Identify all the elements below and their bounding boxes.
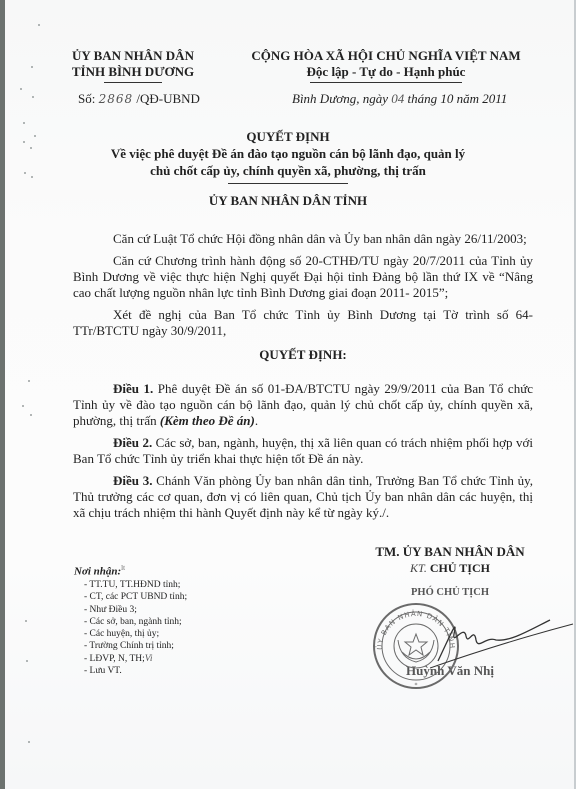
- article-1-label: Điều 1.: [113, 381, 153, 396]
- article-1-emphasis: (Kèm theo Đề án): [160, 413, 255, 428]
- recipients-label: Nơi nhận:lt: [74, 562, 187, 578]
- date-prefix: Bình Dương, ngày: [292, 91, 391, 106]
- decision-title: QUYẾT ĐỊNH Về việc phê duyệt Đề án đào t…: [60, 128, 516, 184]
- article-3: Điều 3. Chánh Văn phòng Ủy ban nhân dân …: [73, 473, 533, 521]
- article-1: Điều 1. Phê duyệt Đề án số 01-ĐA/BTCTU n…: [73, 381, 533, 429]
- date-day-handwritten: 04: [391, 91, 404, 106]
- agency-line-1: ỦY BAN NHÂN DÂN: [58, 48, 208, 64]
- recipient-item: - Các huyện, thị ủy;: [84, 628, 187, 640]
- document-body: Căn cứ Luật Tổ chức Hội đồng nhân dân và…: [73, 231, 533, 527]
- recipient-item: - TT.TU, TT.HĐND tỉnh;: [84, 579, 187, 591]
- recipient-item-text: - LĐVP, N, TH;: [84, 654, 145, 664]
- kt-title: CHỦ TỊCH: [427, 561, 490, 575]
- sign-on-behalf: TM. ỦY BAN NHÂN DÂN: [360, 544, 540, 560]
- scan-left-edge: [0, 0, 5, 789]
- recipients-handwritten-mark: lt: [121, 564, 125, 572]
- recipient-item: - Như Điều 3;: [84, 604, 187, 616]
- decision-heading: QUYẾT ĐỊNH:: [73, 347, 533, 363]
- issuer-heading: ỦY BAN NHÂN DÂN TỈNH: [60, 193, 516, 209]
- agency-underline: [104, 82, 162, 83]
- recipient-item: - Các sở, ban, ngành tỉnh;: [84, 616, 187, 628]
- doc-number-handwritten: 2868: [99, 92, 134, 106]
- nation-line-2: Độc lập - Tự do - Hạnh phúc: [236, 64, 536, 80]
- sign-kt-line: KT. CHỦ TỊCH: [360, 560, 540, 576]
- recipients-label-text: Nơi nhận:: [74, 566, 121, 578]
- article-3-label: Điều 3.: [113, 473, 152, 488]
- recipient-item: - LĐVP, N, TH;Vi: [84, 653, 187, 665]
- sign-position: PHÓ CHỦ TỊCH: [360, 585, 540, 601]
- title-subject-1: Về việc phê duyệt Đề án đào tạo nguồn cá…: [60, 145, 516, 162]
- recipients-list: Nơi nhận:lt - TT.TU, TT.HĐND tỉnh; - CT,…: [74, 562, 187, 677]
- recipient-item: - Lưu VT.: [84, 665, 187, 677]
- preamble-2: Căn cứ Chương trình hành động số 20-CTHĐ…: [73, 253, 533, 301]
- title-main: QUYẾT ĐỊNH: [60, 128, 516, 145]
- issue-date: Bình Dương, ngày 04 tháng 10 năm 2011: [292, 91, 507, 107]
- handwritten-signature-icon: [430, 606, 575, 676]
- title-underline: [228, 183, 348, 184]
- document-page: ỦY BAN NHÂN DÂN TỈNH BÌNH DƯƠNG CỘNG HÒA…: [0, 0, 576, 789]
- motto-underline: [310, 82, 462, 83]
- preamble-1: Căn cứ Luật Tổ chức Hội đồng nhân dân và…: [73, 231, 533, 247]
- svg-text:*: *: [415, 682, 418, 689]
- nation-line-1: CỘNG HÒA XÃ HỘI CHỦ NGHĨA VIỆT NAM: [236, 48, 536, 64]
- recipient-item: - Trường Chính trị tỉnh;: [84, 640, 187, 652]
- issuing-agency: ỦY BAN NHÂN DÂN TỈNH BÌNH DƯƠNG: [58, 48, 208, 83]
- preamble-3: Xét đề nghị của Ban Tổ chức Tỉnh ủy Bình…: [73, 307, 533, 339]
- national-motto: CỘNG HÒA XÃ HỘI CHỦ NGHĨA VIỆT NAM Độc l…: [236, 48, 536, 83]
- recipient-item: - CT, các PCT UBND tỉnh;: [84, 591, 187, 603]
- article-2: Điều 2. Các sở, ban, ngành, huyện, thị x…: [73, 435, 533, 467]
- title-subject-2: chủ chốt cấp ủy, chính quyền xã, phường,…: [60, 162, 516, 179]
- doc-number-prefix: Số:: [78, 91, 99, 106]
- doc-number-suffix: /QĐ-UBND: [133, 91, 200, 106]
- agency-line-2: TỈNH BÌNH DƯƠNG: [58, 64, 208, 80]
- recipient-handwritten-initial: Vi: [145, 654, 153, 664]
- kt-handwritten: KT.: [410, 561, 427, 575]
- article-2-label: Điều 2.: [113, 435, 152, 450]
- document-number: Số: 2868 /QĐ-UBND: [78, 91, 200, 107]
- date-suffix: tháng 10 năm 2011: [404, 91, 507, 106]
- article-1-end: .: [255, 413, 258, 428]
